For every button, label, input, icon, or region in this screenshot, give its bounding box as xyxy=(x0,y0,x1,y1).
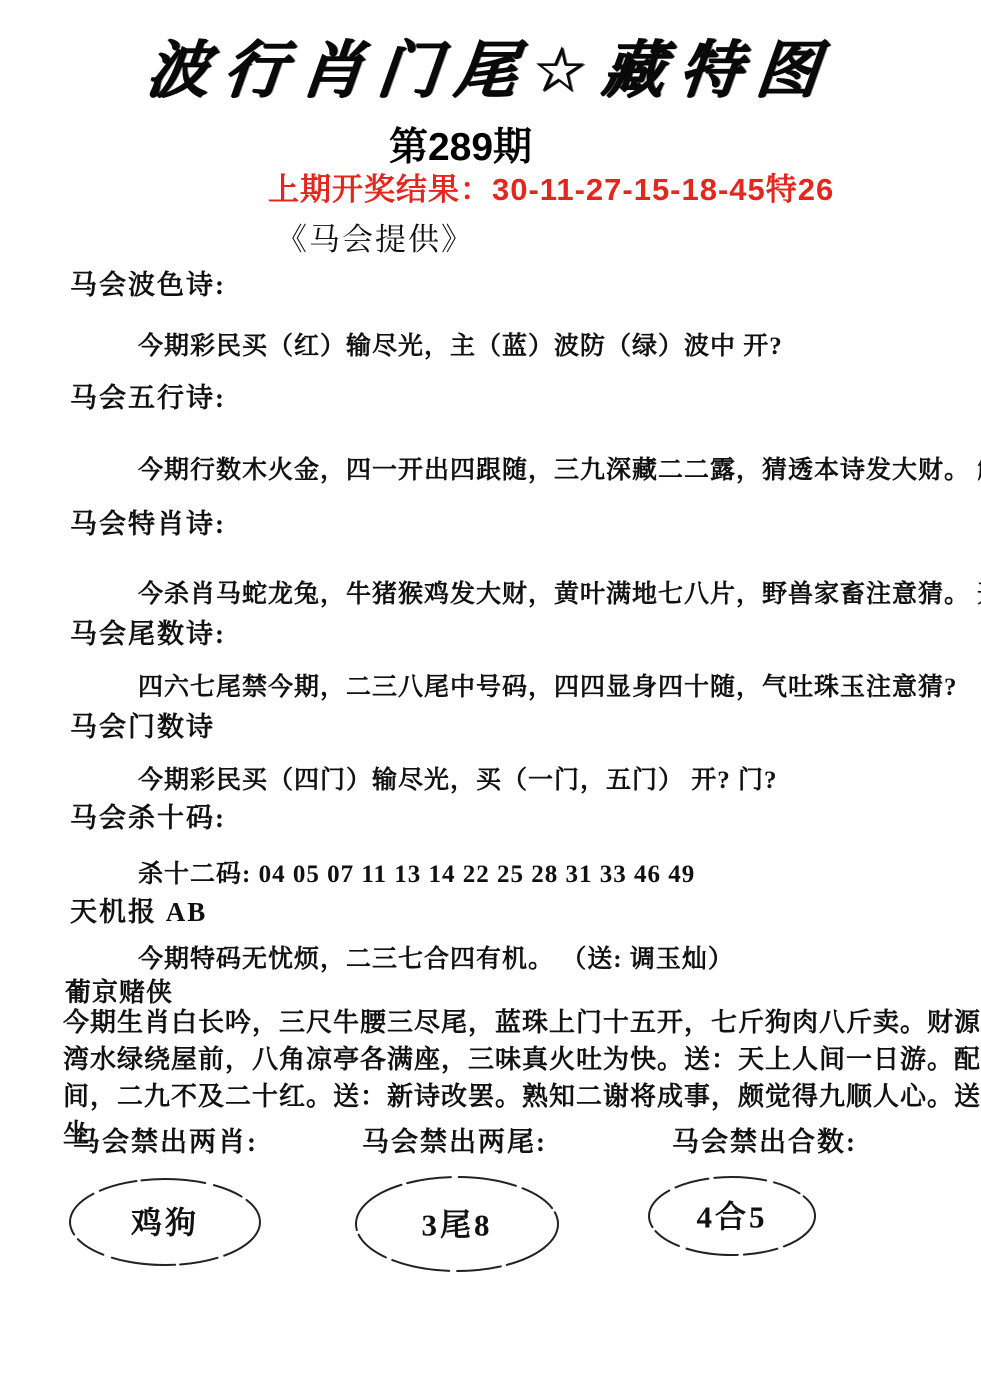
section-verse-tail-number-poem: 四六七尾禁今期，二三八尾中号码，四四显身四十随，气吐珠玉注意猜? xyxy=(138,667,958,703)
pujing-line: 湾水绿绕屋前，八角凉亭各满座，三味真火吐为快。送：天上人间一日游。配：今期特码下… xyxy=(63,1041,929,1078)
forbidden-two-tails-oval: 3尾8 xyxy=(352,1174,562,1274)
section-header-gate-number-poem: 马会门数诗 xyxy=(70,705,215,744)
pujing-line: 间，二九不及二十红。送：新诗改罢。熟知二谢将成事，颇觉得九顺人心。送：四鞍五马并… xyxy=(63,1078,929,1115)
forbidden-two-tails-value: 3尾8 xyxy=(352,1200,562,1245)
section-verse-gate-number-poem: 今期彩民买（四门）输尽光，买（一门，五门） 开? 门? xyxy=(138,760,778,796)
forbidden-two-zodiac-value: 鸡狗 xyxy=(66,1198,264,1243)
section-header-wave-color-poem: 马会波色诗: xyxy=(70,263,226,302)
tip-sheet-page: 波行肖门尾☆藏特图 第289期 上期开奖结果：30-11-27-15-18-45… xyxy=(0,0,981,1388)
provider-label: 《马会提供》 xyxy=(276,214,474,259)
section-header-five-element-poem: 马会五行诗: xyxy=(70,376,226,415)
section-verse-five-element-poem: 今期行数木火金，四一开出四跟随，三九深藏二二露，猜透本诗发大财。 解（？） xyxy=(138,450,981,486)
section-verse-tianji-report-ab: 今期特码无忧烦，二三七合四有机。 （送: 调玉灿） xyxy=(138,939,734,975)
forbidden-sum-header: 马会禁出合数: xyxy=(672,1120,857,1159)
section-header-tianji-report-ab: 天机报 AB xyxy=(70,890,207,929)
pujing-line: 今期生肖白长吟，三尺牛腰三尽尾，蓝珠上门十五开，七斤狗肉八斤卖。财源滚滚四六在，… xyxy=(63,1004,929,1041)
forbidden-two-tails-header: 马会禁出两尾: xyxy=(362,1120,547,1159)
section-header-special-zodiac-poem: 马会特肖诗: xyxy=(70,502,226,541)
forbidden-two-zodiac-header: 马会禁出两肖: xyxy=(73,1120,258,1159)
forbidden-sum-oval: 4合5 xyxy=(646,1174,818,1258)
section-header-tail-number-poem: 马会尾数诗: xyxy=(70,612,226,651)
section-verse-kill-twelve-codes: 杀十二码: 04 05 07 11 13 14 22 25 28 31 33 4… xyxy=(138,854,695,890)
forbidden-two-zodiac-oval: 鸡狗 xyxy=(66,1176,264,1268)
section-verse-wave-color-poem: 今期彩民买（红）输尽光，主（蓝）波防（绿）波中 开? xyxy=(138,326,783,362)
section-header-kill-ten-codes: 马会杀十码: xyxy=(70,796,226,835)
page-title: 波行肖门尾☆藏特图 xyxy=(0,20,981,109)
forbidden-sum-value: 4合5 xyxy=(646,1192,818,1237)
section-verse-special-zodiac-poem: 今杀肖马蛇龙兔，牛猪猴鸡发大财，黄叶满地七八片，野兽家畜注意猜。 开? xyxy=(138,574,981,610)
last-draw-result: 上期开奖结果：30-11-27-15-18-45特26 xyxy=(268,164,834,209)
